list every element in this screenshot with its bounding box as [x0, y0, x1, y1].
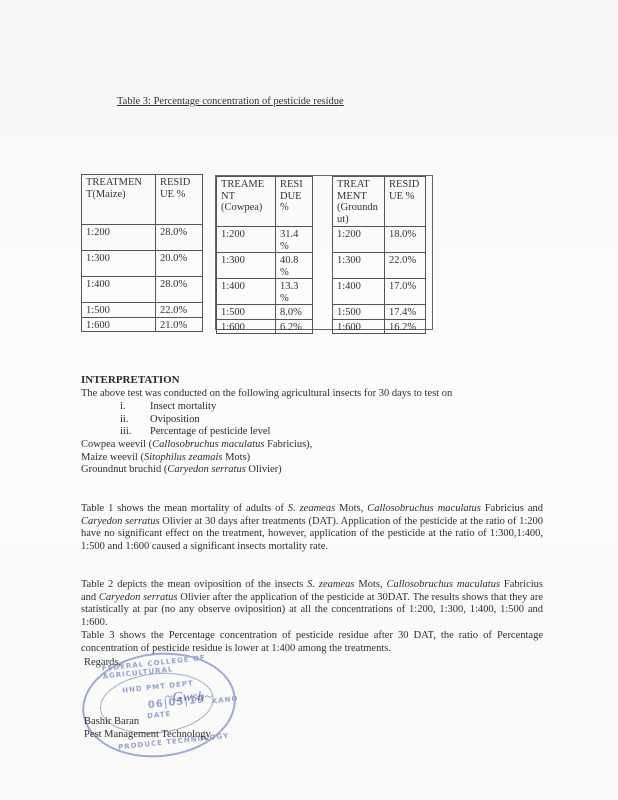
list-item: i.Insect mortality: [120, 401, 270, 414]
paragraph-table2: Table 2 depicts the mean oviposition of …: [81, 579, 543, 630]
header-treatment: TREAME NT (Cowpea): [217, 177, 276, 227]
insect-item: Cowpea weevil (Callosobruchus maculatus …: [81, 439, 543, 452]
cowpea-residue-table: TREAME NT (Cowpea)RESI DUE % 1:20031.4 %…: [216, 176, 313, 334]
paragraph-table1: Table 1 shows the mean mortality of adul…: [81, 503, 543, 554]
interpretation-heading: INTERPRETATION: [81, 374, 180, 386]
header-residue: RESID UE %: [385, 177, 426, 227]
test-list: i.Insect mortality ii.Oviposition iii.Pe…: [120, 401, 270, 439]
header-residue: RESID UE %: [156, 175, 203, 225]
maize-residue-table: TREATMEN T(Maize)RESID UE % 1:20028.0% 1…: [81, 174, 203, 332]
list-item: ii.Oviposition: [120, 414, 270, 427]
signature: ~Gwsh~: [165, 690, 212, 706]
table-caption: Table 3: Percentage concentration of pes…: [117, 96, 344, 107]
groundnut-residue-table: TREAT MENT (Groundn ut)RESID UE % 1:2001…: [332, 176, 426, 334]
signatory-department: Pest Management Technology: [84, 729, 211, 740]
cowpea-groundnut-tables: TREAME NT (Cowpea)RESI DUE % 1:20031.4 %…: [215, 175, 433, 330]
document-page: Table 3: Percentage concentration of pes…: [0, 0, 618, 800]
list-item: iii.Percentage of pesticide level: [120, 426, 270, 439]
insect-item: Maize weevil (Sitophilus zeamais Mots): [81, 452, 543, 465]
header-treatment: TREAT MENT (Groundn ut): [333, 177, 385, 227]
insect-list: Cowpea weevil (Callosobruchus maculatus …: [81, 439, 543, 477]
paragraph-table3: Table 3 shows the Percentage concentrati…: [81, 630, 543, 655]
signatory-name: Bashir Baran: [84, 716, 139, 727]
insect-item: Groundnut bruchid (Caryedon serratus Oli…: [81, 464, 543, 477]
interpretation-intro: The above test was conducted on the foll…: [81, 388, 543, 401]
header-treatment: TREATMEN T(Maize): [82, 175, 156, 225]
header-residue: RESI DUE %: [276, 177, 313, 227]
